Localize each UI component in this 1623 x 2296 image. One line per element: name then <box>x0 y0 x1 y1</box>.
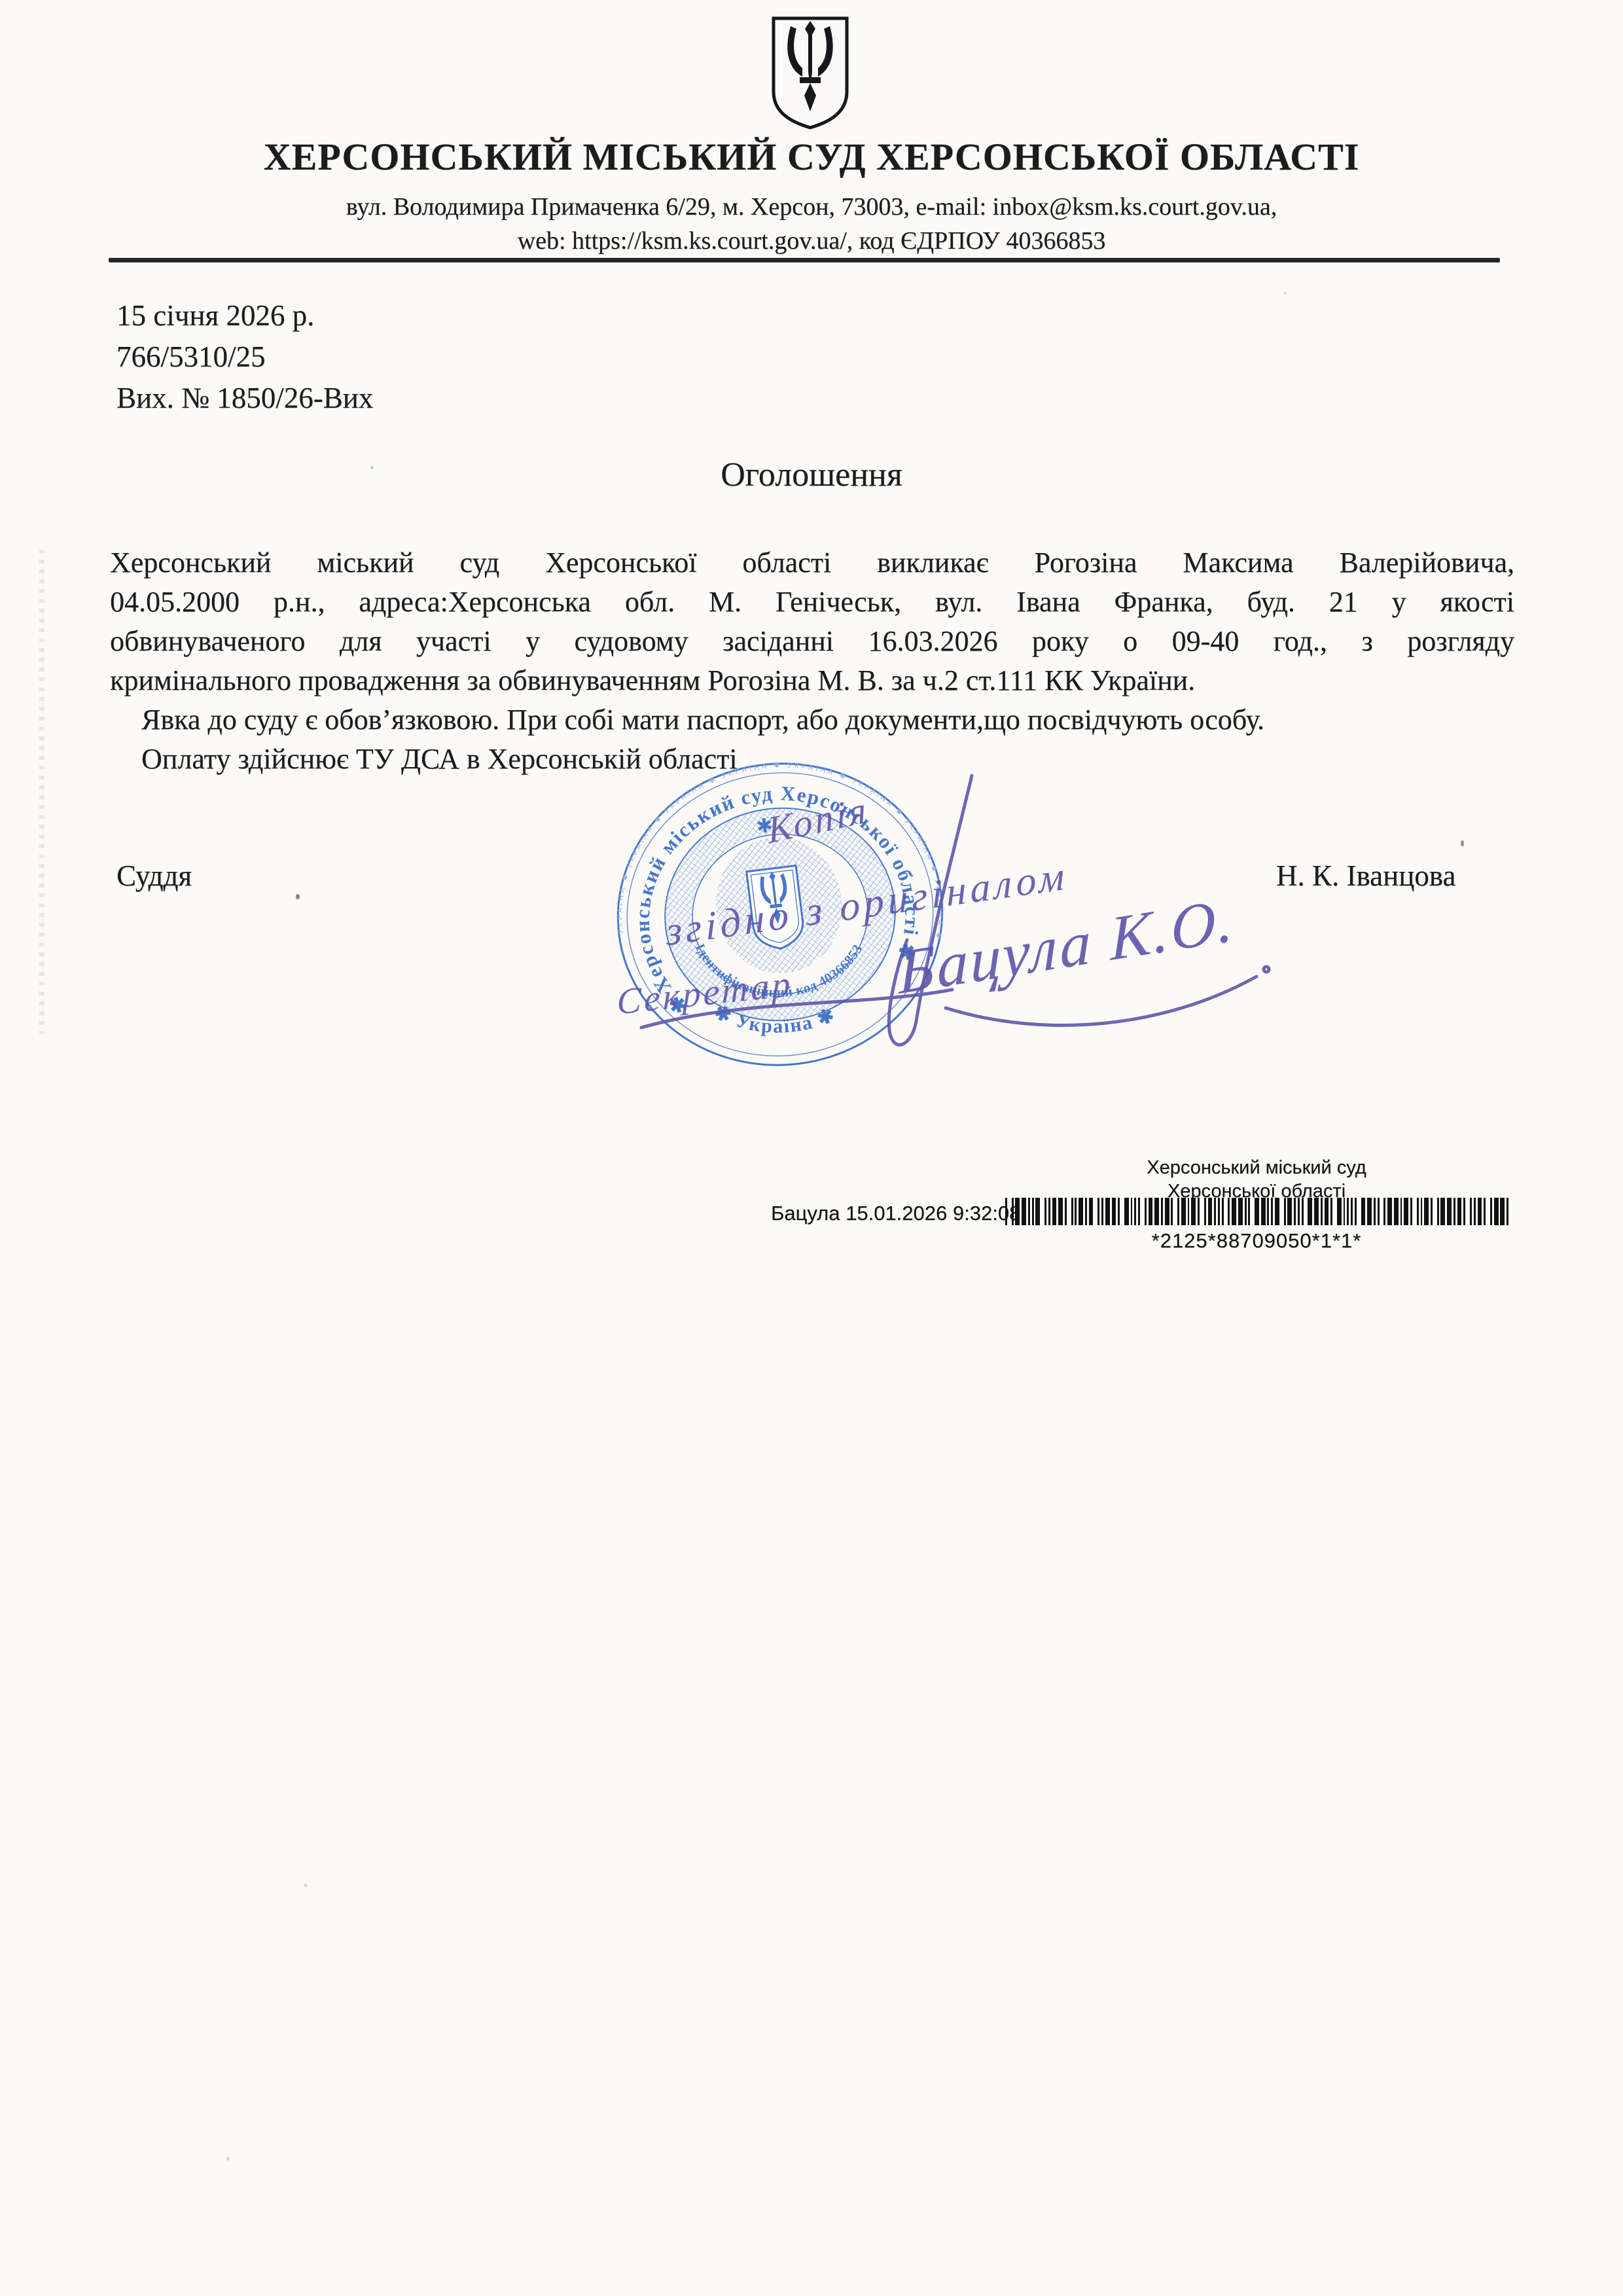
footer-signer-timestamp: Бацула 15.01.2026 9:32:08 <box>771 1202 1020 1225</box>
scan-speck <box>1461 840 1464 846</box>
document-date: 15 січня 2026 р. <box>116 298 314 332</box>
body-line: Явка до суду є обов’язковою. При собі ма… <box>110 702 1514 738</box>
signer-role-label: Суддя <box>116 859 192 893</box>
scan-speck <box>370 466 374 469</box>
scan-speck <box>296 894 300 899</box>
footer-court-line1: Херсонський міський суд <box>1073 1157 1440 1179</box>
barcode-caption: *2125*88709050*1*1* <box>1073 1229 1440 1253</box>
body-line: кримінального провадження за обвинувачен… <box>110 662 1514 699</box>
scan-speck <box>226 2157 230 2161</box>
scan-speck <box>304 1884 308 1887</box>
court-title: ХЕРСОНСЬКИЙ МІСЬКИЙ СУД ХЕРСОНСЬКОЇ ОБЛА… <box>0 135 1623 179</box>
body-line: обвинуваченого для участі у судовому зас… <box>110 623 1514 660</box>
scanned-court-document: ХЕРСОНСЬКИЙ МІСЬКИЙ СУД ХЕРСОНСЬКОЇ ОБЛА… <box>0 0 1623 2296</box>
court-address-line2: web: https://ksm.ks.court.gov.ua/, код Є… <box>0 226 1623 255</box>
outgoing-number: Вих. № 1850/26-Вих <box>116 381 373 415</box>
ukraine-trident-emblem-icon <box>767 13 853 132</box>
letterhead-divider <box>109 258 1500 262</box>
case-number: 766/5310/25 <box>116 340 266 374</box>
court-address-line1: вул. Володимира Примаченка 6/29, м. Херс… <box>0 192 1623 221</box>
scan-edge-artifact <box>39 550 45 1034</box>
scan-speck <box>1284 292 1287 295</box>
body-line: Херсонський міський суд Херсонської обла… <box>110 545 1514 581</box>
barcode <box>1005 1198 1512 1225</box>
handwriting-note-word1: Копія <box>765 788 871 852</box>
document-heading: Оголошення <box>0 456 1623 494</box>
handwritten-certification: Копія згідно з оригіналом Секретар Бацул… <box>589 746 1361 1100</box>
body-line: 04.05.2000 р.н., адреса:Херсонська обл. … <box>110 584 1514 620</box>
